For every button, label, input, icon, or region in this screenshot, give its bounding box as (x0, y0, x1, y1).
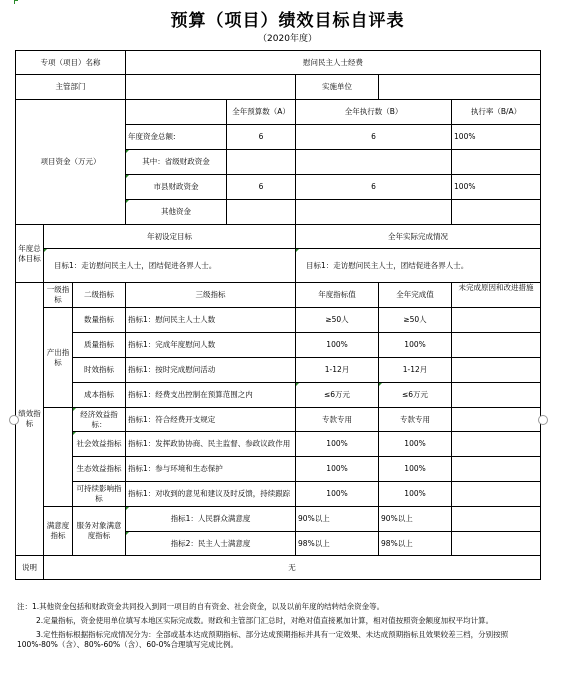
funds-executed[interactable]: 6 (296, 125, 452, 150)
indicator-row: 质量指标 指标1：完成年度慰问人数 100% 100% (16, 333, 541, 358)
reason-cell[interactable] (452, 408, 541, 432)
note-1: 注：1.其他资金包括和财政资金共同投入到同一项目的自有资金、社会资金，以及以前年… (17, 602, 522, 612)
impl-value[interactable] (379, 75, 541, 100)
reason-cell[interactable] (452, 507, 541, 532)
actual-header: 全年完成值 (379, 283, 452, 308)
indicator-row: 生态效益指标 指标1：参与环境和生态保护 100% 100% (16, 457, 541, 482)
actual-cell[interactable]: 98%以上 (379, 532, 452, 556)
target-header: 年度指标值 (296, 283, 379, 308)
level2-cell: 质量指标 (73, 333, 126, 358)
target-cell[interactable]: 90%以上 (296, 507, 379, 532)
level3-header: 三级指标 (126, 283, 296, 308)
actual-cell[interactable]: 100% (379, 457, 452, 482)
target-cell[interactable]: ≤6万元 (296, 383, 379, 408)
actual-cell[interactable]: 100% (379, 432, 452, 457)
dept-row: 主管部门 实施单位 (16, 75, 541, 100)
satisfaction-row: 满意度指标 服务对象满意度指标 指标1：人民群众满意度 90%以上 90%以上 (16, 507, 541, 532)
reason-cell[interactable] (452, 482, 541, 507)
note-2: 2.定量指标，资金使用单位填写本地区实际完成数。财政和主管部门汇总时，对绝对值直… (17, 616, 522, 626)
funds-header-blank (126, 100, 227, 125)
footnotes: 注：1.其他资金包括和财政资金共同投入到同一项目的自有资金、社会资金，以及以前年… (17, 602, 522, 654)
level3-cell[interactable]: 指标1：慰问民主人士人数 (126, 308, 296, 333)
level2-cell: 经济效益指标： (73, 408, 126, 432)
funds-row-label: 其中：省级财政资金 (126, 150, 227, 175)
project-name-label: 专项（项目）名称 (16, 51, 126, 75)
funds-budget[interactable]: 6 (227, 125, 296, 150)
indicator-row: 时效指标 指标1：按时完成慰问活动 1-12月 1-12月 (16, 358, 541, 383)
funds-rate[interactable] (452, 200, 541, 225)
page-subtitle: （2020年度） (0, 31, 575, 44)
target-cell[interactable]: 100% (296, 482, 379, 507)
resize-handle-right[interactable] (538, 415, 548, 425)
level3-cell[interactable]: 指标1：发挥政协协商、民主监督、参政议政作用 (126, 432, 296, 457)
target-cell[interactable]: 100% (296, 457, 379, 482)
remarks-value[interactable]: 无 (44, 556, 541, 580)
funds-row-label: 年度资金总额: (126, 125, 227, 150)
reason-header: 未完成原因和改进措施 (452, 283, 541, 308)
funds-budget[interactable] (227, 150, 296, 175)
level2-cell: 生态效益指标 (73, 457, 126, 482)
reason-cell[interactable] (452, 532, 541, 556)
funds-executed[interactable] (296, 200, 452, 225)
reason-cell[interactable] (452, 432, 541, 457)
remarks-label: 说明 (16, 556, 44, 580)
funds-rate[interactable]: 100% (452, 175, 541, 200)
indicator-header-row: 绩效指标 一级指标 二级指标 三级指标 年度指标值 全年完成值 未完成原因和改进… (16, 283, 541, 308)
funds-rate[interactable] (452, 150, 541, 175)
funds-label: 项目资金（万元） (16, 100, 126, 225)
note-3: 3.定性指标根据指标完成情况分为：全部或基本达成预期指标、部分达成预期指标并具有… (17, 630, 522, 650)
target-cell[interactable]: ≥50人 (296, 308, 379, 333)
indicator-row: 可持续影响指标 指标1：对收到的意见和建议及时反馈，持续跟踪 100% 100% (16, 482, 541, 507)
actual-cell[interactable]: 100% (379, 333, 452, 358)
level3-cell[interactable]: 指标2：民主人士满意度 (126, 532, 296, 556)
funds-executed[interactable] (296, 150, 452, 175)
project-name-value[interactable]: 慰问民主人士经费 (126, 51, 541, 75)
level3-cell[interactable]: 指标1：人民群众满意度 (126, 507, 296, 532)
level3-cell[interactable]: 指标1：符合经费开支规定 (126, 408, 296, 432)
remarks-row: 说明 无 (16, 556, 541, 580)
planned-goal-header: 年初设定目标 (44, 225, 296, 249)
reason-cell[interactable] (452, 383, 541, 408)
annual-goal-label: 年度总体目标 (16, 225, 44, 283)
actual-goal[interactable]: 目标1：走访慰问民主人士，团结促进各界人士。 (296, 249, 541, 283)
level3-cell[interactable]: 指标1：按时完成慰问活动 (126, 358, 296, 383)
indicator-row: 经济效益指标： 指标1：符合经费开支规定 专款专用 专款专用 (16, 408, 541, 432)
funds-row-label: 市县财政资金 (126, 175, 227, 200)
actual-cell[interactable]: 100% (379, 482, 452, 507)
reason-cell[interactable] (452, 358, 541, 383)
funds-row-label: 其他资金 (126, 200, 227, 225)
indicator-row: 社会效益指标 指标1：发挥政协协商、民主监督、参政议政作用 100% 100% (16, 432, 541, 457)
level2-cell: 成本指标 (73, 383, 126, 408)
target-cell[interactable]: 100% (296, 333, 379, 358)
project-name-row: 专项（项目）名称 慰问民主人士经费 (16, 51, 541, 75)
goal-row: 目标1：走访慰问民主人士，团结促进各界人士。 目标1：走访慰问民主人士，团结促进… (16, 249, 541, 283)
cell-marker (14, 0, 18, 4)
dept-value[interactable] (126, 75, 296, 100)
indicator-row: 成本指标 指标1：经费支出控制在预算范围之内 ≤6万元 ≤6万元 (16, 383, 541, 408)
rate-header: 执行率（B/A） (452, 100, 541, 125)
satisfaction-level2: 服务对象满意度指标 (73, 507, 126, 556)
reason-cell[interactable] (452, 333, 541, 358)
funds-header-row: 项目资金（万元） 全年预算数（A） 全年执行数（B） 执行率（B/A） (16, 100, 541, 125)
page-title: 预算（项目）绩效目标自评表 (0, 6, 575, 31)
target-cell[interactable]: 1-12月 (296, 358, 379, 383)
reason-cell[interactable] (452, 457, 541, 482)
level3-cell[interactable]: 指标1：对收到的意见和建议及时反馈，持续跟踪 (126, 482, 296, 507)
funds-rate[interactable]: 100% (452, 125, 541, 150)
funds-budget[interactable] (227, 200, 296, 225)
actual-cell[interactable]: 90%以上 (379, 507, 452, 532)
level3-cell[interactable]: 指标1：经费支出控制在预算范围之内 (126, 383, 296, 408)
level3-cell[interactable]: 指标1：参与环境和生态保护 (126, 457, 296, 482)
level2-cell: 数量指标 (73, 308, 126, 333)
funds-executed[interactable]: 6 (296, 175, 452, 200)
budget-header: 全年预算数（A） (227, 100, 296, 125)
target-cell[interactable]: 100% (296, 432, 379, 457)
indicators-section-label: 绩效指标 (16, 283, 44, 556)
benefit-indicators-label (44, 408, 73, 507)
satisfaction-indicators-label: 满意度指标 (44, 507, 73, 556)
level1-header: 一级指标 (44, 283, 73, 308)
actual-cell[interactable]: ≤6万元 (379, 383, 452, 408)
goal-header-row: 年度总体目标 年初设定目标 全年实际完成情况 (16, 225, 541, 249)
actual-cell[interactable]: 1-12月 (379, 358, 452, 383)
actual-cell[interactable]: 专款专用 (379, 408, 452, 432)
reason-cell[interactable] (452, 308, 541, 333)
indicator-row: 产出指标 数量指标 指标1：慰问民主人士人数 ≥50人 ≥50人 (16, 308, 541, 333)
actual-cell[interactable]: ≥50人 (379, 308, 452, 333)
level2-header: 二级指标 (73, 283, 126, 308)
executed-header: 全年执行数（B） (296, 100, 452, 125)
resize-handle-left[interactable] (9, 415, 19, 425)
funds-budget[interactable]: 6 (227, 175, 296, 200)
level2-cell: 可持续影响指标 (73, 482, 126, 507)
level2-cell: 社会效益指标 (73, 432, 126, 457)
evaluation-table: 专项（项目）名称 慰问民主人士经费 主管部门 实施单位 项目资金（万元） 全年预… (15, 50, 541, 580)
actual-goal-header: 全年实际完成情况 (296, 225, 541, 249)
dept-label: 主管部门 (16, 75, 126, 100)
target-cell[interactable]: 专款专用 (296, 408, 379, 432)
level2-cell: 时效指标 (73, 358, 126, 383)
target-cell[interactable]: 98%以上 (296, 532, 379, 556)
planned-goal[interactable]: 目标1：走访慰问民主人士，团结促进各界人士。 (44, 249, 296, 283)
level3-cell[interactable]: 指标1：完成年度慰问人数 (126, 333, 296, 358)
impl-label: 实施单位 (296, 75, 379, 100)
output-indicators-label: 产出指标 (44, 308, 73, 408)
